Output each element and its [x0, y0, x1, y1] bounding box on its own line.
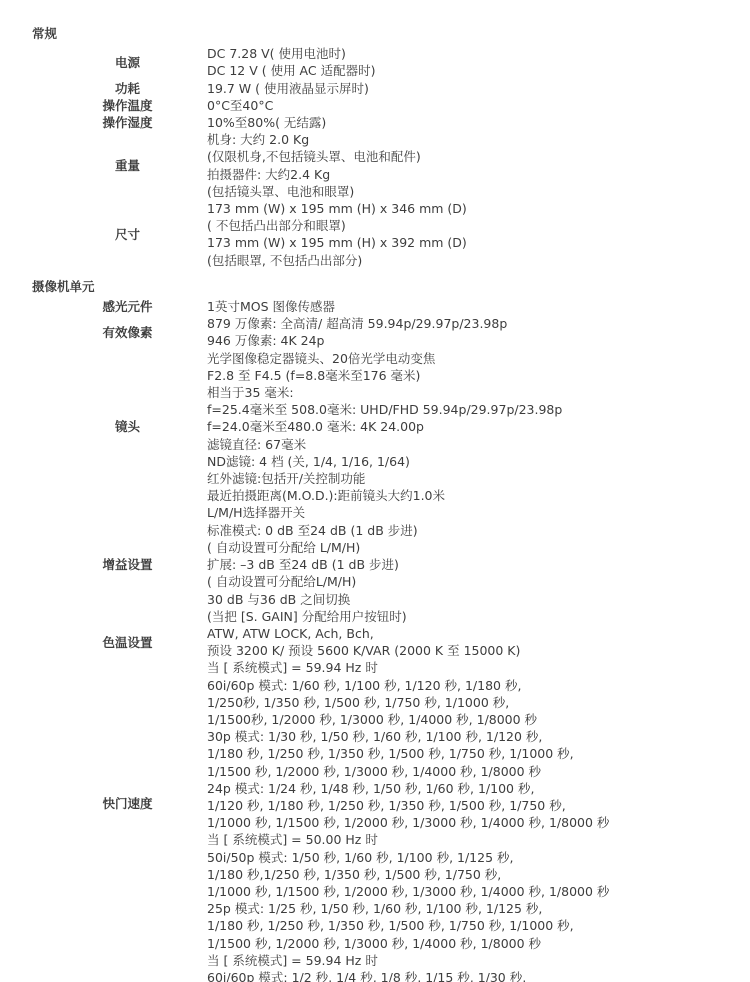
- spec-label: 功耗: [32, 80, 207, 97]
- spec-label: 尺寸: [32, 200, 207, 269]
- spec-value-line: 当 [ 系统模式] = 50.00 Hz 时: [207, 831, 609, 848]
- spec-value-line: 相当于35 毫米:: [207, 384, 609, 401]
- spec-value: DC 7.28 V( 使用电池时)DC 12 V ( 使用 AC 适配器时): [207, 45, 467, 79]
- spec-value-line: 1/120 秒, 1/180 秒, 1/250 秒, 1/350 秒, 1/50…: [207, 797, 609, 814]
- spec-value-line: (当把 [S. GAIN] 分配给用户按钮时): [207, 608, 609, 625]
- spec-document: 常规电源DC 7.28 V( 使用电池时)DC 12 V ( 使用 AC 适配器…: [0, 0, 750, 982]
- spec-value-line: 当 [ 系统模式] = 59.94 Hz 时: [207, 952, 609, 969]
- spec-value-line: ( 不包括凸出部分和眼罩): [207, 217, 467, 234]
- spec-row: 重量机身: 大约 2.0 Kg(仅限机身,不包括镜头罩、电池和配件)拍摄器件: …: [32, 131, 467, 200]
- spec-value-line: 标准模式: 0 dB 至24 dB (1 dB 步进): [207, 522, 609, 539]
- spec-value-line: ND滤镜: 4 档 (关, 1/4, 1/16, 1/64): [207, 453, 609, 470]
- spec-label: 色温设置: [32, 625, 207, 659]
- spec-value-line: 879 万像素: 全高清/ 超高清 59.94p/29.97p/23.98p: [207, 315, 609, 332]
- spec-value-line: 拍摄器件: 大约2.4 Kg: [207, 166, 467, 183]
- spec-value-line: 19.7 W ( 使用液晶显示屏时): [207, 80, 467, 97]
- spec-value: 0°C至40°C: [207, 97, 467, 114]
- spec-value-line: 1/180 秒, 1/250 秒, 1/350 秒, 1/500 秒, 1/75…: [207, 917, 609, 934]
- spec-value-line: (包括镜头罩、电池和眼罩): [207, 183, 467, 200]
- spec-value-line: 预设 3200 K/ 预设 5600 K/VAR (2000 K 至 15000…: [207, 642, 609, 659]
- spec-value-line: 30p 模式: 1/30 秒, 1/50 秒, 1/60 秒, 1/100 秒,…: [207, 728, 609, 745]
- spec-value-line: 30 dB 与36 dB 之间切换: [207, 591, 609, 608]
- spec-value-line: ATW, ATW LOCK, Ach, Bch,: [207, 625, 609, 642]
- spec-row: 操作湿度10%至80%( 无结露): [32, 114, 467, 131]
- spec-value-line: 10%至80%( 无结露): [207, 114, 467, 131]
- spec-value: 19.7 W ( 使用液晶显示屏时): [207, 80, 467, 97]
- spec-row: 尺寸173 mm (W) x 195 mm (H) x 346 mm (D)( …: [32, 200, 467, 269]
- spec-row: 电源DC 7.28 V( 使用电池时)DC 12 V ( 使用 AC 适配器时): [32, 45, 467, 79]
- spec-value-line: 1/1500秒, 1/2000 秒, 1/3000 秒, 1/4000 秒, 1…: [207, 711, 609, 728]
- spec-value-line: 1/1500 秒, 1/2000 秒, 1/3000 秒, 1/4000 秒, …: [207, 763, 609, 780]
- spec-section: 摄像机单元感光元件1英寸MOS 图像传感器有效像素879 万像素: 全高清/ 超…: [32, 278, 730, 982]
- spec-value-line: f=25.4毫米至 508.0毫米: UHD/FHD 59.94p/29.97p…: [207, 401, 609, 418]
- spec-table: 电源DC 7.28 V( 使用电池时)DC 12 V ( 使用 AC 适配器时)…: [32, 45, 467, 269]
- spec-value-line: ( 自动设置可分配给L/M/H): [207, 573, 609, 590]
- spec-value-line: 1/250秒, 1/350 秒, 1/500 秒, 1/750 秒, 1/100…: [207, 694, 609, 711]
- spec-value-line: 滤镜直径: 67毫米: [207, 436, 609, 453]
- spec-value-line: 1/1000 秒, 1/1500 秒, 1/2000 秒, 1/3000 秒, …: [207, 814, 609, 831]
- spec-value: 当 [ 系统模式] = 59.94 Hz 时60i/60p 模式: 1/60 秒…: [207, 659, 609, 982]
- spec-label: 操作温度: [32, 97, 207, 114]
- spec-value-line: (包括眼罩, 不包括凸出部分): [207, 252, 467, 269]
- spec-value: 879 万像素: 全高清/ 超高清 59.94p/29.97p/23.98p94…: [207, 315, 609, 349]
- spec-value: 光学图像稳定器镜头、20倍光学电动变焦F2.8 至 F4.5 (f=8.8毫米至…: [207, 350, 609, 505]
- spec-row: 色温设置ATW, ATW LOCK, Ach, Bch,预设 3200 K/ 预…: [32, 625, 609, 659]
- spec-value-line: ( 自动设置可分配给 L/M/H): [207, 539, 609, 556]
- spec-value-line: 25p 模式: 1/25 秒, 1/50 秒, 1/60 秒, 1/100 秒,…: [207, 900, 609, 917]
- spec-value-line: DC 12 V ( 使用 AC 适配器时): [207, 62, 467, 79]
- spec-value-line: 扩展: –3 dB 至24 dB (1 dB 步进): [207, 556, 609, 573]
- spec-label: 感光元件: [32, 298, 207, 315]
- spec-value-line: 173 mm (W) x 195 mm (H) x 346 mm (D): [207, 200, 467, 217]
- spec-label: 快门速度: [32, 659, 207, 982]
- spec-value-line: f=24.0毫米至480.0 毫米: 4K 24.00p: [207, 418, 609, 435]
- spec-value-line: 光学图像稳定器镜头、20倍光学电动变焦: [207, 350, 609, 367]
- spec-value-line: 173 mm (W) x 195 mm (H) x 392 mm (D): [207, 234, 467, 251]
- spec-value-line: 红外滤镜:包括开/关控制功能: [207, 470, 609, 487]
- spec-row: 功耗19.7 W ( 使用液晶显示屏时): [32, 80, 467, 97]
- spec-table: 感光元件1英寸MOS 图像传感器有效像素879 万像素: 全高清/ 超高清 59…: [32, 298, 609, 982]
- spec-row: 操作温度0°C至40°C: [32, 97, 467, 114]
- spec-value-line: 1/1500 秒, 1/2000 秒, 1/3000 秒, 1/4000 秒, …: [207, 935, 609, 952]
- spec-label: 有效像素: [32, 315, 207, 349]
- spec-section: 常规电源DC 7.28 V( 使用电池时)DC 12 V ( 使用 AC 适配器…: [32, 25, 730, 269]
- spec-value-line: 1/180 秒,1/250 秒, 1/350 秒, 1/500 秒, 1/750…: [207, 866, 609, 883]
- spec-value-line: 机身: 大约 2.0 Kg: [207, 131, 467, 148]
- spec-row: 快门速度当 [ 系统模式] = 59.94 Hz 时60i/60p 模式: 1/…: [32, 659, 609, 982]
- spec-value-line: (仅限机身,不包括镜头罩、电池和配件): [207, 148, 467, 165]
- spec-value-line: 最近拍摄距离(M.O.D.):距前镜头大约1.0米: [207, 487, 609, 504]
- spec-value: 173 mm (W) x 195 mm (H) x 346 mm (D)( 不包…: [207, 200, 467, 269]
- spec-value-line: F2.8 至 F4.5 (f=8.8毫米至176 毫米): [207, 367, 609, 384]
- spec-label: 镜头: [32, 350, 207, 505]
- spec-value: ATW, ATW LOCK, Ach, Bch,预设 3200 K/ 预设 56…: [207, 625, 609, 659]
- spec-value-line: 1/180 秒, 1/250 秒, 1/350 秒, 1/500 秒, 1/75…: [207, 745, 609, 762]
- spec-value-line: 当 [ 系统模式] = 59.94 Hz 时: [207, 659, 609, 676]
- section-title: 摄像机单元: [32, 278, 730, 295]
- spec-row: 感光元件1英寸MOS 图像传感器: [32, 298, 609, 315]
- spec-value-line: 60i/60p 模式: 1/60 秒, 1/100 秒, 1/120 秒, 1/…: [207, 677, 609, 694]
- spec-label: 重量: [32, 131, 207, 200]
- spec-row: 镜头光学图像稳定器镜头、20倍光学电动变焦F2.8 至 F4.5 (f=8.8毫…: [32, 350, 609, 505]
- spec-row: 有效像素879 万像素: 全高清/ 超高清 59.94p/29.97p/23.9…: [32, 315, 609, 349]
- spec-value-line: L/M/H选择器开关: [207, 504, 609, 521]
- spec-value: 机身: 大约 2.0 Kg(仅限机身,不包括镜头罩、电池和配件)拍摄器件: 大约…: [207, 131, 467, 200]
- spec-value-line: 946 万像素: 4K 24p: [207, 332, 609, 349]
- spec-value-line: 24p 模式: 1/24 秒, 1/48 秒, 1/50 秒, 1/60 秒, …: [207, 780, 609, 797]
- spec-value-line: 0°C至40°C: [207, 97, 467, 114]
- spec-value-line: 1英寸MOS 图像传感器: [207, 298, 609, 315]
- spec-value-line: 1/1000 秒, 1/1500 秒, 1/2000 秒, 1/3000 秒, …: [207, 883, 609, 900]
- spec-label: 操作湿度: [32, 114, 207, 131]
- spec-row: 增益设置L/M/H选择器开关标准模式: 0 dB 至24 dB (1 dB 步进…: [32, 504, 609, 624]
- spec-value-line: DC 7.28 V( 使用电池时): [207, 45, 467, 62]
- section-title: 常规: [32, 25, 730, 42]
- spec-label: 电源: [32, 45, 207, 79]
- spec-value-line: 50i/50p 模式: 1/50 秒, 1/60 秒, 1/100 秒, 1/1…: [207, 849, 609, 866]
- spec-label: 增益设置: [32, 504, 207, 624]
- spec-value: L/M/H选择器开关标准模式: 0 dB 至24 dB (1 dB 步进)( 自…: [207, 504, 609, 624]
- spec-page: { "page": { "background_color": "#ffffff…: [0, 0, 750, 982]
- spec-value: 10%至80%( 无结露): [207, 114, 467, 131]
- spec-value-line: 60i/60p 模式: 1/2 秒, 1/4 秒, 1/8 秒, 1/15 秒,…: [207, 969, 609, 982]
- spec-value: 1英寸MOS 图像传感器: [207, 298, 609, 315]
